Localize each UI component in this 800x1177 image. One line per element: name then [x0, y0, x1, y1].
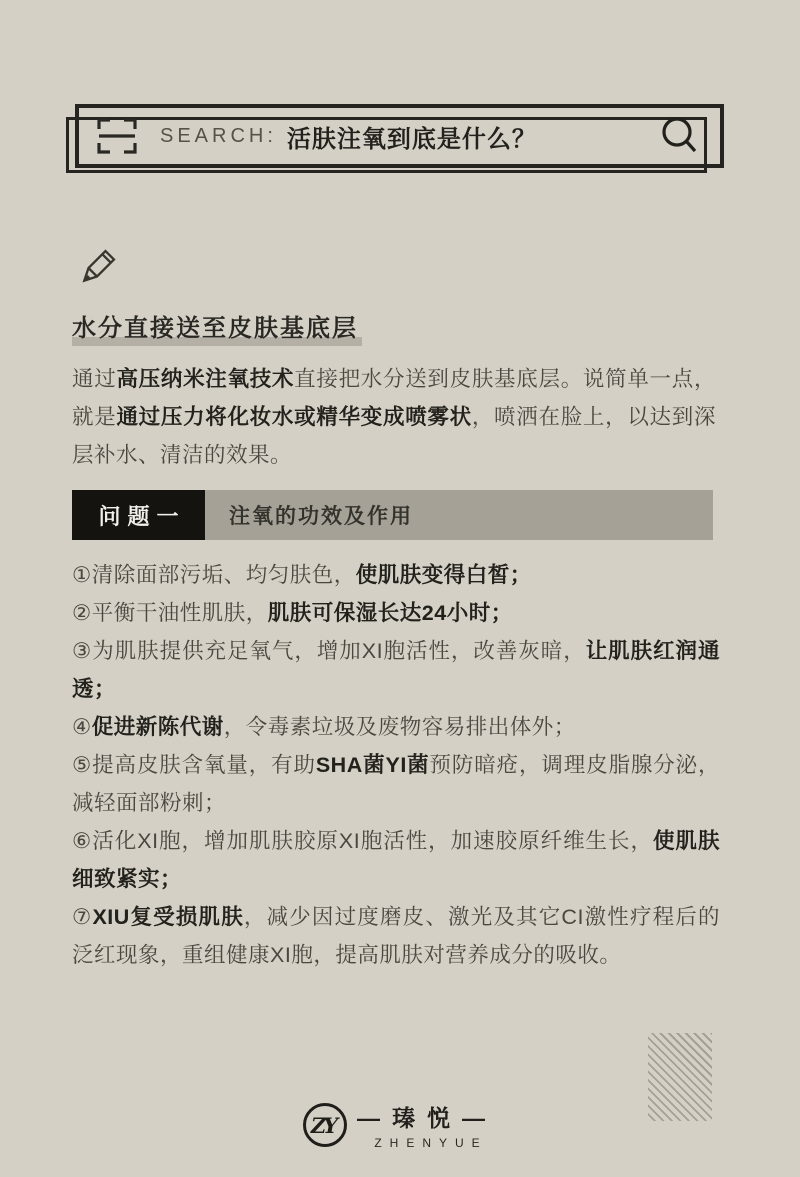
- article-heading: 水分直接送至皮肤基底层: [72, 308, 362, 346]
- stripes-decoration: [648, 1033, 712, 1121]
- list-item: ①清除面部污垢、均匀肤色，使肌肤变得白皙；: [72, 556, 720, 594]
- poster-page: SEARCH: 活肤注氧到底是什么？ 水分直接送至皮肤基底层 通过高压纳米注氧技…: [0, 0, 800, 1177]
- list-item: ④促进新陈代谢，令毒素垃圾及废物容易排出体外；: [72, 708, 720, 746]
- search-query: 活肤注氧到底是什么？: [287, 119, 537, 154]
- brand-name-cn: —瑧悦—: [357, 1100, 497, 1133]
- brand-text: —瑧悦— ZHENYUE: [357, 1100, 497, 1150]
- list-item: ⑦XIU复受损肌肤，减少因过度磨皮、激光及其它CI激性疗程后的泛红现象，重组健康…: [72, 898, 720, 974]
- section-badge: 问题一: [72, 490, 205, 540]
- search-icon[interactable]: [660, 116, 700, 156]
- benefit-list: ①清除面部污垢、均匀肤色，使肌肤变得白皙； ②平衡干油性肌肤，肌肤可保湿长达24…: [72, 556, 720, 974]
- pencil-icon: [72, 243, 122, 293]
- intro-paragraph: 通过高压纳米注氧技术直接把水分送到皮肤基底层。说简单一点，就是通过压力将化妆水或…: [72, 360, 716, 474]
- brand-monogram-icon: ZY: [303, 1103, 347, 1147]
- brand-name-en: ZHENYUE: [374, 1136, 487, 1150]
- list-item: ⑤提高皮肤含氧量，有助SHA菌YI菌预防暗疮，调理皮脂腺分泌，减轻面部粉刺；: [72, 746, 720, 822]
- search-label: SEARCH:: [160, 125, 277, 148]
- section-header: 问题一 注氧的功效及作用: [72, 490, 713, 540]
- search-bar[interactable]: SEARCH: 活肤注氧到底是什么？: [75, 104, 724, 168]
- list-item: ⑥活化XI胞，增加肌肤胶原XI胞活性，加速胶原纤维生长，使肌肤细致紧实；: [72, 822, 720, 898]
- scan-icon: [96, 118, 138, 154]
- list-item: ③为肌肤提供充足氧气，增加XI胞活性，改善灰暗，让肌肤红润通透；: [72, 632, 720, 708]
- brand-monogram: ZY: [311, 1113, 335, 1138]
- list-item: ②平衡干油性肌肤，肌肤可保湿长达24小时；: [72, 594, 720, 632]
- section-title: 注氧的功效及作用: [205, 490, 713, 540]
